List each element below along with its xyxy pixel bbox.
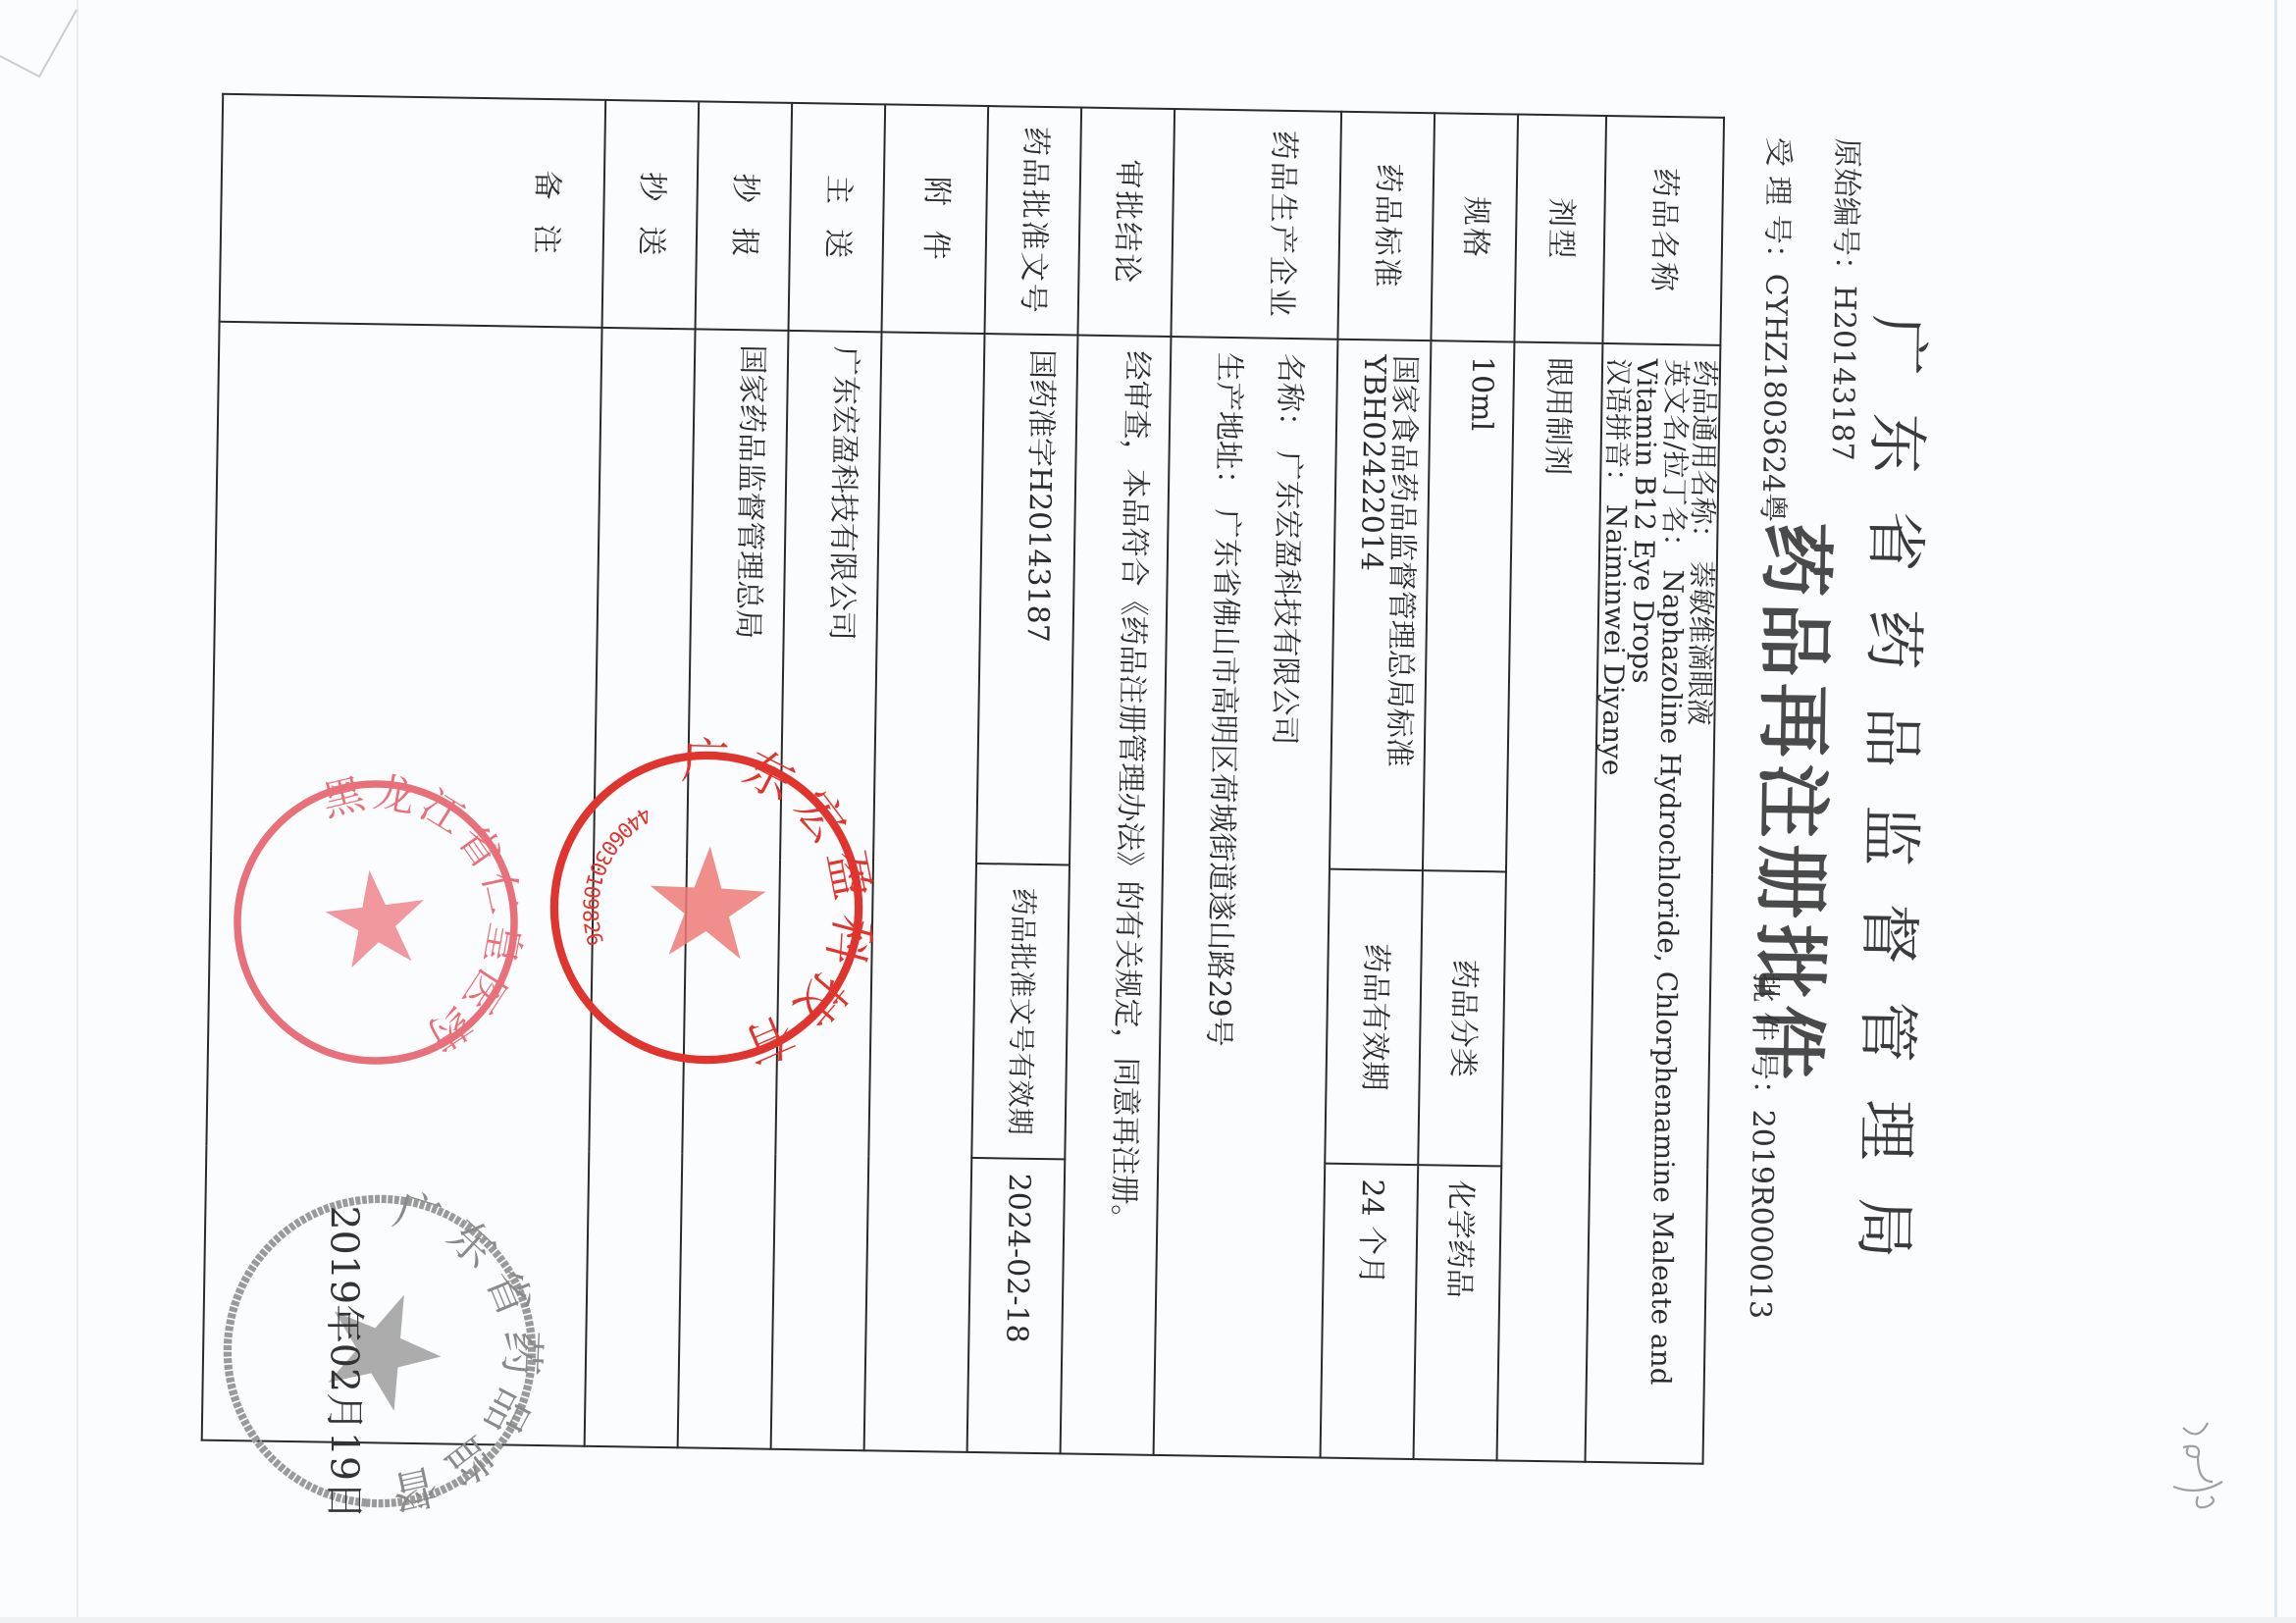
label-remarks: 备 注: [220, 94, 606, 328]
handwritten-page-note: [2164, 1413, 2232, 1531]
label-copy-to: 抄 送: [602, 100, 700, 329]
scan-edge: [0, 1617, 2296, 1623]
approval-doc-number-value: 2019R000013: [1743, 1109, 1780, 1319]
value-conclusion: 经审查，本品符合《药品注册管理办法》的有关规定，同意再注册。: [1061, 336, 1172, 1455]
label-validity-period: 药品有效期: [1326, 869, 1424, 1165]
approval-doc-number: 批 件 号：2019R000013: [1742, 972, 1791, 1319]
label-drug-name: 药品名称: [1603, 116, 1724, 345]
acceptance-number-label: 受 理 号：: [1759, 136, 1796, 274]
original-number-value: H20143187: [1825, 286, 1862, 461]
label-drug-standard: 药品标准: [1338, 112, 1435, 340]
star-icon: [645, 835, 781, 976]
value-approval-number: 国药准字H20143187: [976, 334, 1077, 864]
value-manufacturer: 名称： 广东宏盈科技有限公司 生产地址： 广东省佛山市高明区荷城街道遂山路29号: [1154, 337, 1338, 1458]
label-drug-category: 药品分类: [1419, 870, 1507, 1166]
manufacturer-name: 名称： 广东宏盈科技有限公司: [1255, 353, 1307, 1442]
value-drug-category: 化学药品: [1414, 1165, 1502, 1460]
authority-seal: 广东省药品监督管理局 2019年02月19日: [218, 1189, 542, 1513]
value-validity-period: 24 个月: [1321, 1164, 1419, 1459]
hospital-seal: 黑龙江省仁皇医药有限公司: [224, 775, 528, 1070]
row-manufacturer: 药品生产企业 名称： 广东宏盈科技有限公司 生产地址： 广东省佛山市高明区荷城街…: [1154, 109, 1342, 1458]
label-attachment: 附 件: [882, 104, 989, 334]
label-approval-number-validity: 药品批准文号有效期: [972, 864, 1070, 1159]
row-attachment: 附 件: [864, 104, 989, 1451]
label-manufacturer: 药品生产企业: [1172, 109, 1342, 340]
acceptance-number: 受 理 号：CYHZ1803624粤: [1754, 136, 1803, 522]
hospital-seal-graphic: 黑龙江省仁皇医药有限公司: [224, 775, 528, 1070]
company-seal-graphic: 广东宏盈科技有限公司 4406030109826: [545, 746, 868, 1070]
approval-doc-number-label: 批 件 号：: [1746, 972, 1782, 1110]
value-drug-name: 药品通用名称： 萘敏维滴眼液 英文名/拉丁名： Naphazoline Hydr…: [1586, 343, 1720, 1464]
row-drug-name: 药品名称 药品通用名称： 萘敏维滴眼液 英文名/拉丁名： Naphazoline…: [1586, 116, 1724, 1464]
svg-text:4406030109826: 4406030109826: [550, 800, 682, 949]
value-approval-number-validity: 2024-02-18: [967, 1158, 1066, 1453]
acceptance-number-value: CYHZ1803624粤: [1755, 274, 1794, 523]
star-icon: [317, 855, 444, 985]
authority-seal-graphic: 广东省药品监督管理局 2019年02月19日: [218, 1189, 542, 1513]
label-approval-number: 药品批准文号: [985, 106, 1082, 335]
value-dosage-form: 眼用制剂: [1497, 342, 1603, 1462]
label-dosage-form: 剂型: [1515, 115, 1607, 343]
seal-serial: 4406030109826: [550, 800, 682, 949]
original-number-label: 原始编号：: [1827, 138, 1863, 287]
original-number: 原始编号：H20143187: [1824, 138, 1872, 462]
value-drug-standard: 国家食品药品监督管理总局标准 YBH02422014: [1330, 340, 1431, 870]
value-specification: 10ml: [1423, 340, 1514, 871]
company-seal: 广东宏盈科技有限公司 4406030109826: [545, 746, 868, 1070]
label-conclusion: 审批结论: [1078, 108, 1175, 337]
label-main-recipient: 主 送: [789, 103, 886, 332]
seal-date: 2019年02月19日: [322, 1206, 367, 1520]
label-report-to: 抄 报: [696, 101, 793, 330]
manufacturer-address: 生产地址： 广东省佛山市高明区荷城街道遂山路29号: [1194, 352, 1246, 1441]
label-specification: 规格: [1432, 113, 1519, 341]
value-attachment: [864, 332, 985, 1452]
